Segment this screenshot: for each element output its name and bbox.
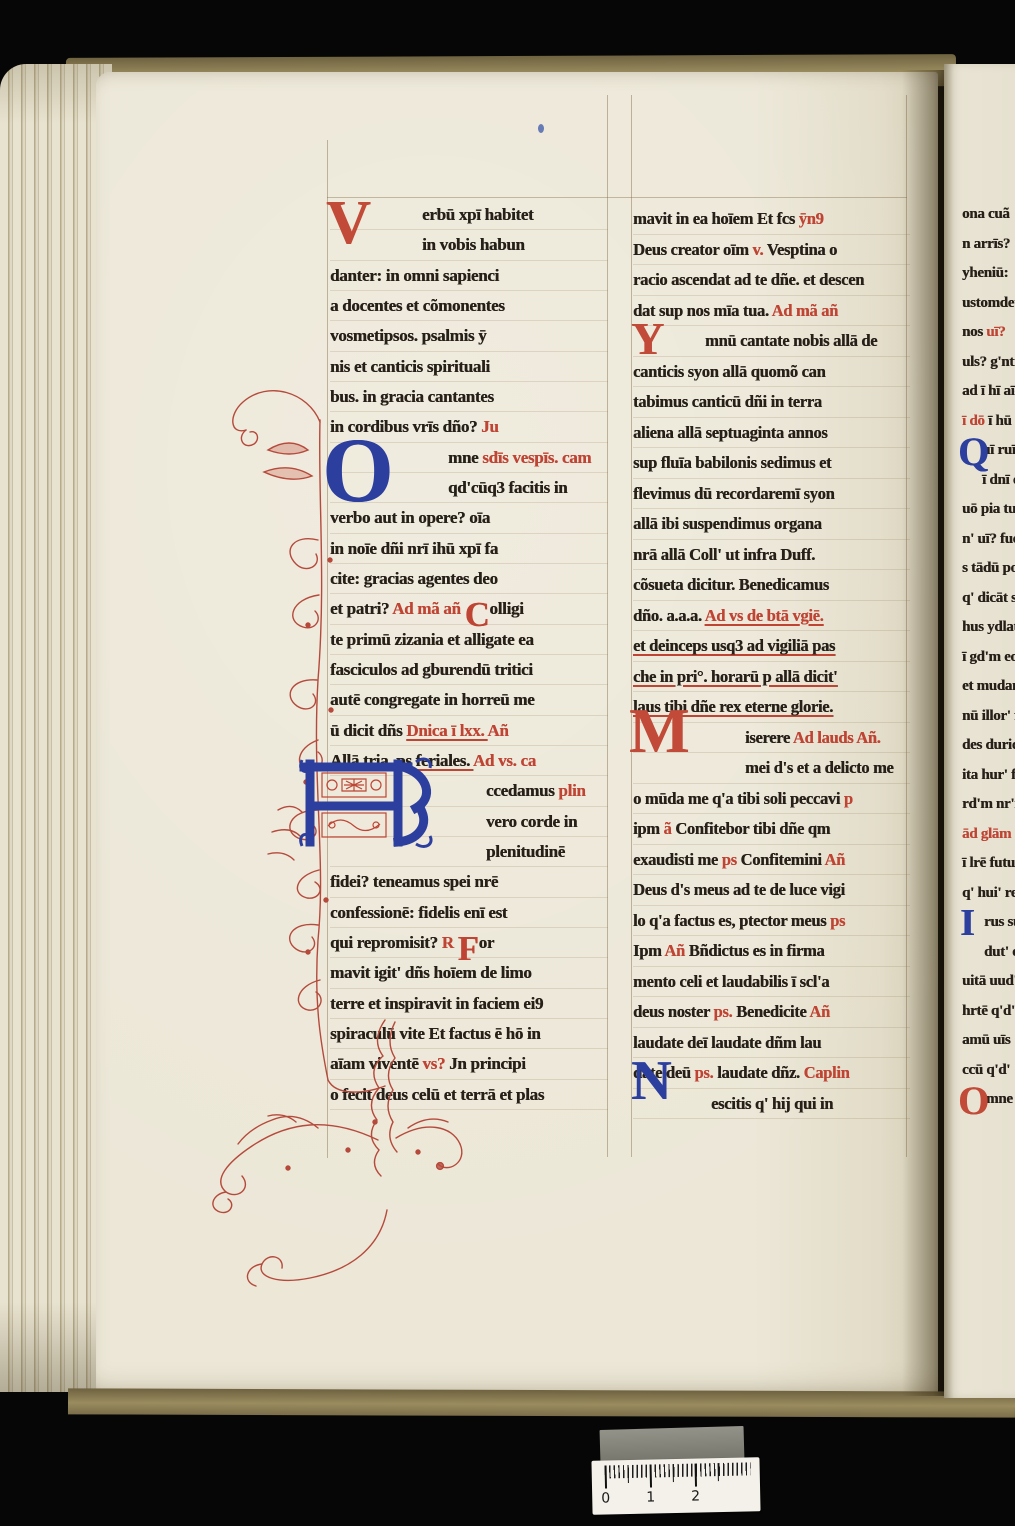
text-line: tabimus canticū dñi in terra xyxy=(633,387,910,418)
text-segment: plenitudinē xyxy=(486,842,565,861)
binding-edge-bottom xyxy=(68,1388,1015,1417)
text-segment: ī gd'm eor' xyxy=(962,649,1015,665)
text-segment: sup fluīa babilonis sedimus et xyxy=(633,453,831,472)
text-segment: ps xyxy=(830,911,845,930)
text-segment: Ad lauds Añ. xyxy=(793,728,881,747)
text-segment: laudate dñz. xyxy=(717,1063,803,1082)
text-segment: Ju xyxy=(481,417,498,436)
text-segment: ccedamus xyxy=(486,781,558,800)
text-segment: mei d's et a delicto me xyxy=(745,758,893,777)
text-line: mnū cantate nobis allā de xyxy=(633,326,910,357)
text-segment: ād glām xyxy=(962,826,1011,842)
text-segment: s tādū po xyxy=(962,560,1015,576)
text-line: yheniū: xyxy=(962,259,1015,289)
text-line: hrtē q'd' xyxy=(962,997,1015,1027)
text-segment: q' hui' rei xyxy=(962,885,1015,901)
text-segment: ps. xyxy=(694,1063,717,1082)
text-segment: Confitemini xyxy=(741,850,825,869)
text-segment: danter: in omni sapienci xyxy=(330,266,499,285)
text-segment: or xyxy=(479,933,494,952)
scale-bar: 0 1 2 xyxy=(592,1426,768,1518)
text-segment: plin xyxy=(558,781,585,800)
text-segment: Añ xyxy=(809,1002,830,1021)
text-segment: ã xyxy=(663,819,675,838)
text-line: mavit in ea hoīem Et fcs ȳn9 xyxy=(633,204,910,235)
text-line: uō pia tuãt xyxy=(962,495,1015,525)
text-line: ād glām xyxy=(962,820,1015,850)
text-segment: Añ xyxy=(824,850,845,869)
text-line: danter: in omni sapienci xyxy=(330,261,608,291)
text-line: ona cuã xyxy=(962,200,1015,230)
text-segment: ī lrē futur' xyxy=(962,855,1015,871)
ruler-label: 2 xyxy=(691,1488,700,1504)
text-segment: ad ī hī aīe xyxy=(962,383,1015,399)
text-segment: Deus creator oīm xyxy=(633,240,752,259)
text-segment: rd'm nr'm xyxy=(962,796,1015,812)
text-line: sup fluīa babilonis sedimus et xyxy=(633,448,910,479)
text-segment: ustomdeū xyxy=(962,295,1015,311)
text-segment: escitis q' hij qui in xyxy=(711,1094,833,1113)
text-column-right: mavit in ea hoīem Et fcs ȳn9Deus creator… xyxy=(633,204,910,1119)
text-segment: deus noster xyxy=(633,1002,713,1021)
text-segment: cõsueta dicitur. Benedicamus xyxy=(633,575,829,594)
text-line: nis et canticis spirituali xyxy=(330,352,608,382)
text-segment: dño. a.a.a. xyxy=(633,606,705,625)
text-segment: laudate deī laudate dñm lau xyxy=(633,1033,821,1052)
text-segment: n arrīs? xyxy=(962,236,1010,252)
text-line: ita hur' fidē xyxy=(962,761,1015,791)
text-segment: Confitebor tibi dñe qm xyxy=(675,819,830,838)
text-segment: ps. xyxy=(713,1002,736,1021)
initial-Q: Q xyxy=(958,434,989,470)
text-segment: racio ascendat ad te dñe. et descen xyxy=(633,270,864,289)
text-segment: Ad vs. ca xyxy=(473,751,536,770)
text-segment: Vesptina o xyxy=(767,240,837,259)
facing-page: ona cuãn arrīs?yheniū:ustomdeūnos uī?uls… xyxy=(944,64,1015,1398)
text-segment: Añ xyxy=(487,721,508,740)
text-segment: ita hur' fidē xyxy=(962,767,1015,783)
text-segment: Benedicite xyxy=(736,1002,809,1021)
text-segment: dut' et q' xyxy=(984,944,1015,960)
text-line: n' uī? fuen xyxy=(962,525,1015,555)
text-line: deus noster ps. Benedicite Añ xyxy=(633,997,910,1028)
text-segment: erbū xpī habitet xyxy=(422,205,533,224)
text-segment: Añ xyxy=(664,941,688,960)
text-line: erbū xpī habitet xyxy=(330,200,608,230)
text-line: in vobis habun xyxy=(330,230,608,260)
text-segment: Ad mã añ xyxy=(772,301,838,320)
text-line: nrā allā Coll' ut infra Duff. xyxy=(633,540,910,571)
text-line: et mudan xyxy=(962,672,1015,702)
initial-I: I xyxy=(960,906,975,940)
initial-O: O xyxy=(958,1083,989,1119)
text-segment: tabimus canticū dñi in terra xyxy=(633,392,822,411)
text-segment: mento celi et laudabilis ī scl'a xyxy=(633,972,829,991)
text-segment: o mūda me q'a tibi soli peccavi xyxy=(633,789,844,808)
ruler-label: 0 xyxy=(601,1490,610,1506)
text-line: vosmetipsos. psalmis ȳ xyxy=(330,321,608,351)
text-line: ad ī hī aīe xyxy=(962,377,1015,407)
text-segment: yheniū: xyxy=(962,265,1008,281)
text-line: mento celi et laudabilis ī scl'a xyxy=(633,967,910,998)
text-segment: sdīs vespīs. cam xyxy=(482,448,591,467)
text-line: nū illor' fi xyxy=(962,702,1015,732)
text-segment: nis et canticis spirituali xyxy=(330,357,490,376)
text-line: canticis syon allā quomõ can xyxy=(633,357,910,388)
text-line: lo q'a factus es, ptector meus ps xyxy=(633,906,910,937)
ruler-label: 1 xyxy=(646,1489,655,1505)
text-segment: q' dicāt s; xyxy=(962,590,1015,606)
text-line: rd'm nr'm xyxy=(962,790,1015,820)
text-segment: Bñdictus es in firma xyxy=(689,941,825,960)
text-segment: vero corde in xyxy=(486,812,577,831)
text-segment: olligi xyxy=(489,599,523,618)
text-line: et deinceps usq3 ad vigiliā pas xyxy=(633,631,910,662)
text-segment: in vobis habun xyxy=(422,235,525,254)
text-line: racio ascendat ad te dñe. et descen xyxy=(633,265,910,296)
text-line: che in pri°. horarū p allā dicit' xyxy=(633,662,910,693)
text-line: cõsueta dicitur. Benedicamus xyxy=(633,570,910,601)
ruler-tick xyxy=(717,1463,719,1481)
text-line: Deus creator oīm v. Vesptina o xyxy=(633,235,910,266)
ruler-tick xyxy=(627,1465,629,1483)
text-line: aliena allā septuaginta annos xyxy=(633,418,910,449)
text-segment: ȳn9 xyxy=(799,209,824,228)
text-line: q' dicāt s; xyxy=(962,584,1015,614)
text-line: Deus d's meus ad te de luce vigi xyxy=(633,875,910,906)
text-line: flevimus dū recordaremī syon xyxy=(633,479,910,510)
text-line: dat sup nos mīa tua. Ad mã añ xyxy=(633,296,910,327)
text-segment: exaudisti me xyxy=(633,850,722,869)
text-segment: rus sup xyxy=(984,914,1015,930)
initial-N: N xyxy=(631,1056,671,1106)
text-line: exaudisti me ps Confitemini Añ xyxy=(633,845,910,876)
text-segment: uitā uud' xyxy=(962,973,1015,989)
initial-V: V xyxy=(326,196,370,252)
gutter-shadow xyxy=(902,70,950,1396)
text-line: nos uī? xyxy=(962,318,1015,348)
text-segment: flevimus dū recordaremī syon xyxy=(633,484,834,503)
text-segment: ī hū xyxy=(988,413,1011,429)
text-line: ī lrē futur' xyxy=(962,849,1015,879)
text-line: n arrīs? xyxy=(962,230,1015,260)
text-segment: et deinceps usq3 ad vigiliā pas xyxy=(633,636,835,655)
text-segment: des duriq' xyxy=(962,737,1015,753)
ink-speck xyxy=(538,124,544,133)
text-segment: uō pia tuãt xyxy=(962,501,1015,517)
text-segment: ipm xyxy=(633,819,663,838)
text-segment: ona cuã xyxy=(962,206,1010,222)
text-segment: p xyxy=(844,789,853,808)
text-segment: aliena allā septuaginta annos xyxy=(633,423,827,442)
text-segment: mne sup xyxy=(986,1091,1015,1107)
ruler-tick xyxy=(672,1464,674,1482)
text-segment: allā ibi suspendimus organa xyxy=(633,514,822,533)
text-line: a docentes et cõmonentes xyxy=(330,291,608,321)
text-segment: nrā allā Coll' ut infra Duff. xyxy=(633,545,815,564)
scale-ruler: 0 1 2 xyxy=(591,1457,760,1515)
text-segment: a docentes et cõmonentes xyxy=(330,296,505,315)
text-line: laudate deī laudate dñm lau xyxy=(633,1028,910,1059)
text-line: Ipm Añ Bñdictus es in firma xyxy=(633,936,910,967)
text-segment: ccū q'd' xyxy=(962,1062,1010,1078)
text-line: escitis q' hij qui in xyxy=(633,1089,910,1120)
initial-Y: Y xyxy=(631,318,664,359)
text-segment: Ad vs de btā vgiē. xyxy=(705,606,824,625)
initial-M: M xyxy=(629,702,689,760)
text-line: ipm ã Confitebor tibi dñe qm xyxy=(633,814,910,845)
text-segment: amū uīs xyxy=(962,1032,1010,1048)
text-line: o mūda me q'a tibi soli peccavi p xyxy=(633,784,910,815)
text-line: allā ibi suspendimus organa xyxy=(633,509,910,540)
text-segment: canticis syon allā quomõ can xyxy=(633,362,825,381)
text-line: des duriq' xyxy=(962,731,1015,761)
text-segment: uls? g'ntraī xyxy=(962,354,1015,370)
text-line: date deū ps. laudate dñz. Caplin xyxy=(633,1058,910,1089)
text-segment: che in pri°. horarū p allā dicit' xyxy=(633,667,837,686)
text-segment: n' uī? fuen xyxy=(962,531,1015,547)
text-segment: mavit in ea hoīem Et fcs xyxy=(633,209,799,228)
ruling-line-vertical xyxy=(631,95,632,1157)
text-line: ī gd'm eor' xyxy=(962,643,1015,673)
manuscript-photo: erbū xpī habitetin vobis habundanter: in… xyxy=(0,0,1015,1526)
text-segment: ps xyxy=(722,850,741,869)
text-segment: nos xyxy=(962,324,986,340)
decorated-initial-A xyxy=(298,756,452,848)
text-line: s tādū po xyxy=(962,554,1015,584)
text-segment: ī dō xyxy=(962,413,988,429)
facing-page-text: ona cuãn arrīs?yheniū:ustomdeūnos uī?uls… xyxy=(962,200,1015,1115)
text-segment: hus ydlatr' xyxy=(962,619,1015,635)
text-segment: mnū cantate nobis allā de xyxy=(705,331,877,350)
text-segment: nū illor' fi xyxy=(962,708,1015,724)
text-segment: Deus d's meus ad te de luce vigi xyxy=(633,880,845,899)
text-segment: iserere xyxy=(745,728,793,747)
text-line: dño. a.a.a. Ad vs de btā vgiē. xyxy=(633,601,910,632)
text-line: hus ydlatr' xyxy=(962,613,1015,643)
ruling-line-horizontal xyxy=(327,197,907,198)
initial-O: O xyxy=(322,429,393,512)
penwork-flourish xyxy=(168,380,468,1320)
text-segment: hrtē q'd' xyxy=(962,1003,1015,1019)
text-line: ustomdeū xyxy=(962,289,1015,319)
text-line: amū uīs xyxy=(962,1026,1015,1056)
text-segment: Caplin xyxy=(804,1063,850,1082)
text-segment: et mudan xyxy=(962,678,1015,694)
text-line: uitā uud' xyxy=(962,967,1015,997)
text-segment: lo q'a factus es, ptector meus xyxy=(633,911,830,930)
text-segment: vosmetipsos. psalmis ȳ xyxy=(330,326,486,345)
text-segment: Ipm xyxy=(633,941,664,960)
text-segment: v. xyxy=(752,240,766,259)
text-line: uls? g'ntraī xyxy=(962,348,1015,378)
text-segment: uī? xyxy=(986,324,1005,340)
